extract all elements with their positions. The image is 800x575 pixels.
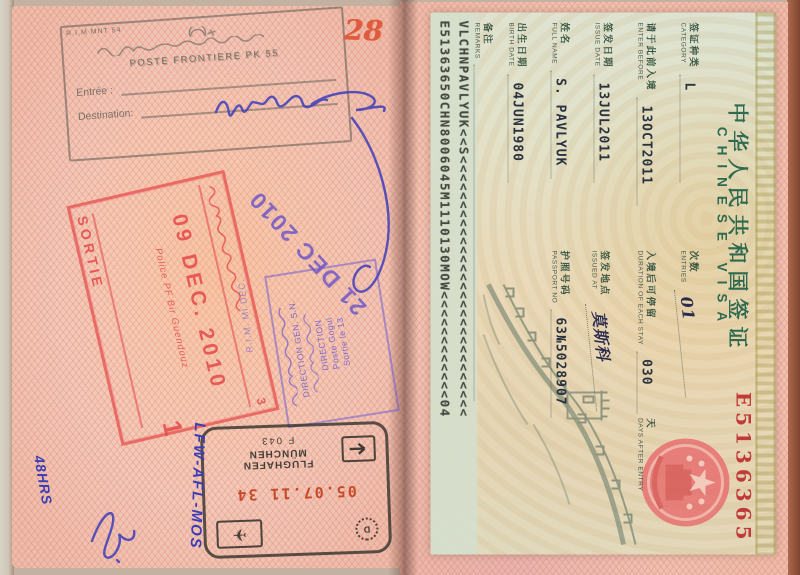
frontier-entry-stamp: R.I.M MNT 54 POSTE FRONTIERE PK 55 Entré… xyxy=(60,6,353,161)
entree-rule-line xyxy=(121,69,337,96)
country-d-badge: D xyxy=(355,518,379,542)
field-entries-label-en: ENTRIES xyxy=(680,251,687,283)
field-enter-before-label-cn: 请于此前入境 xyxy=(645,23,659,92)
book-right-edge xyxy=(787,0,800,575)
book-gutter-shadow xyxy=(388,0,418,575)
visa-field-issue-date: 13JUL2011 xyxy=(594,75,611,183)
visa-title-en: CHINESE VISA xyxy=(715,13,730,445)
field-days-label-en: DAYS AFTER ENTRY xyxy=(637,418,644,491)
page-number: 28 xyxy=(343,13,383,47)
airplane-icon: ✈ xyxy=(216,519,263,549)
exit-arrow-icon xyxy=(341,436,376,463)
field-remarks-label-en: REMARKS xyxy=(474,23,481,59)
field-issued-at-label-en: ISSUED AT xyxy=(591,251,598,297)
visa-number: E5136365 xyxy=(732,392,756,545)
visa-field-entries: 01 xyxy=(674,288,706,398)
field-passport-no-label-en: PASSPORT NO xyxy=(551,251,558,304)
munich-stamp-date: 05.07.11 34 xyxy=(215,482,378,506)
airport-name: FLUGHAFEN MÜNCHEN xyxy=(214,445,343,471)
entree-label: Entrée : xyxy=(76,85,114,100)
field-remarks-label-cn: 备注 xyxy=(482,23,496,59)
destination-rule-line xyxy=(141,93,338,119)
field-issued-at-label-cn: 签发地点 xyxy=(599,251,613,297)
visa-field-passport-no: 63№5028907 xyxy=(551,309,568,417)
field-full-name-label-en: FULL NAME xyxy=(551,23,558,65)
field-duration-label-en: DURATION OF EACH STAY xyxy=(637,251,644,346)
visa-field-birth-date: 04JUN1980 xyxy=(508,75,525,183)
field-days-label-cn: 天 xyxy=(645,418,659,491)
field-issue-date-label-cn: 签发日期 xyxy=(602,23,616,69)
munich-exit-stamp: D ✈ 05.07.11 34 FLUGHAFEN MÜNCHEN F 043 xyxy=(200,421,392,559)
visa-field-remarks xyxy=(474,65,476,401)
field-entries-label-cn: 次数 xyxy=(688,251,702,283)
visa-field-full-name: S. PAVLYUK xyxy=(551,70,568,178)
field-passport-no-label-cn: 护照号码 xyxy=(559,251,573,304)
field-issue-date-label-en: ISSUE DATE xyxy=(594,23,601,69)
passport-scan: { "colors": { "page_pink": "#f3cdc0", "v… xyxy=(0,0,800,575)
visa-field-enter-before: 13OCT2011 xyxy=(637,98,654,206)
visa-field-category: L xyxy=(680,75,697,183)
field-category-label-en: CATEGORY xyxy=(680,23,687,69)
visa-mrz-line1: VLCHNPAVLYUK<<S<<<<<<<<<<<<<<<<<<<<<<<<<… xyxy=(455,21,474,418)
destination-label: Destination: xyxy=(78,107,134,123)
field-full-name-label-cn: 姓名 xyxy=(559,23,573,65)
field-birth-date-label-cn: 出生日期 xyxy=(516,23,530,69)
visa-ornament-band xyxy=(756,13,776,555)
field-duration-label-cn: 入境后可停留 xyxy=(645,251,659,346)
visa-mrz-line2: E51363650CHN8006045M1110130MOW<<<<<<<<<<… xyxy=(436,21,455,418)
stamp-corner-digit: 3 xyxy=(254,396,269,406)
visa-field-duration: 030 xyxy=(637,351,654,413)
field-enter-before-label-en: ENTER BEFORE xyxy=(637,23,644,92)
field-category-label-cn: 签证种类 xyxy=(688,23,702,69)
chinese-visa-sticker: 中华人民共和国签证 CHINESE VISA E5136365 签证种类CATE… xyxy=(431,13,776,555)
field-birth-date-label-en: BIRTH DATE xyxy=(508,23,515,69)
